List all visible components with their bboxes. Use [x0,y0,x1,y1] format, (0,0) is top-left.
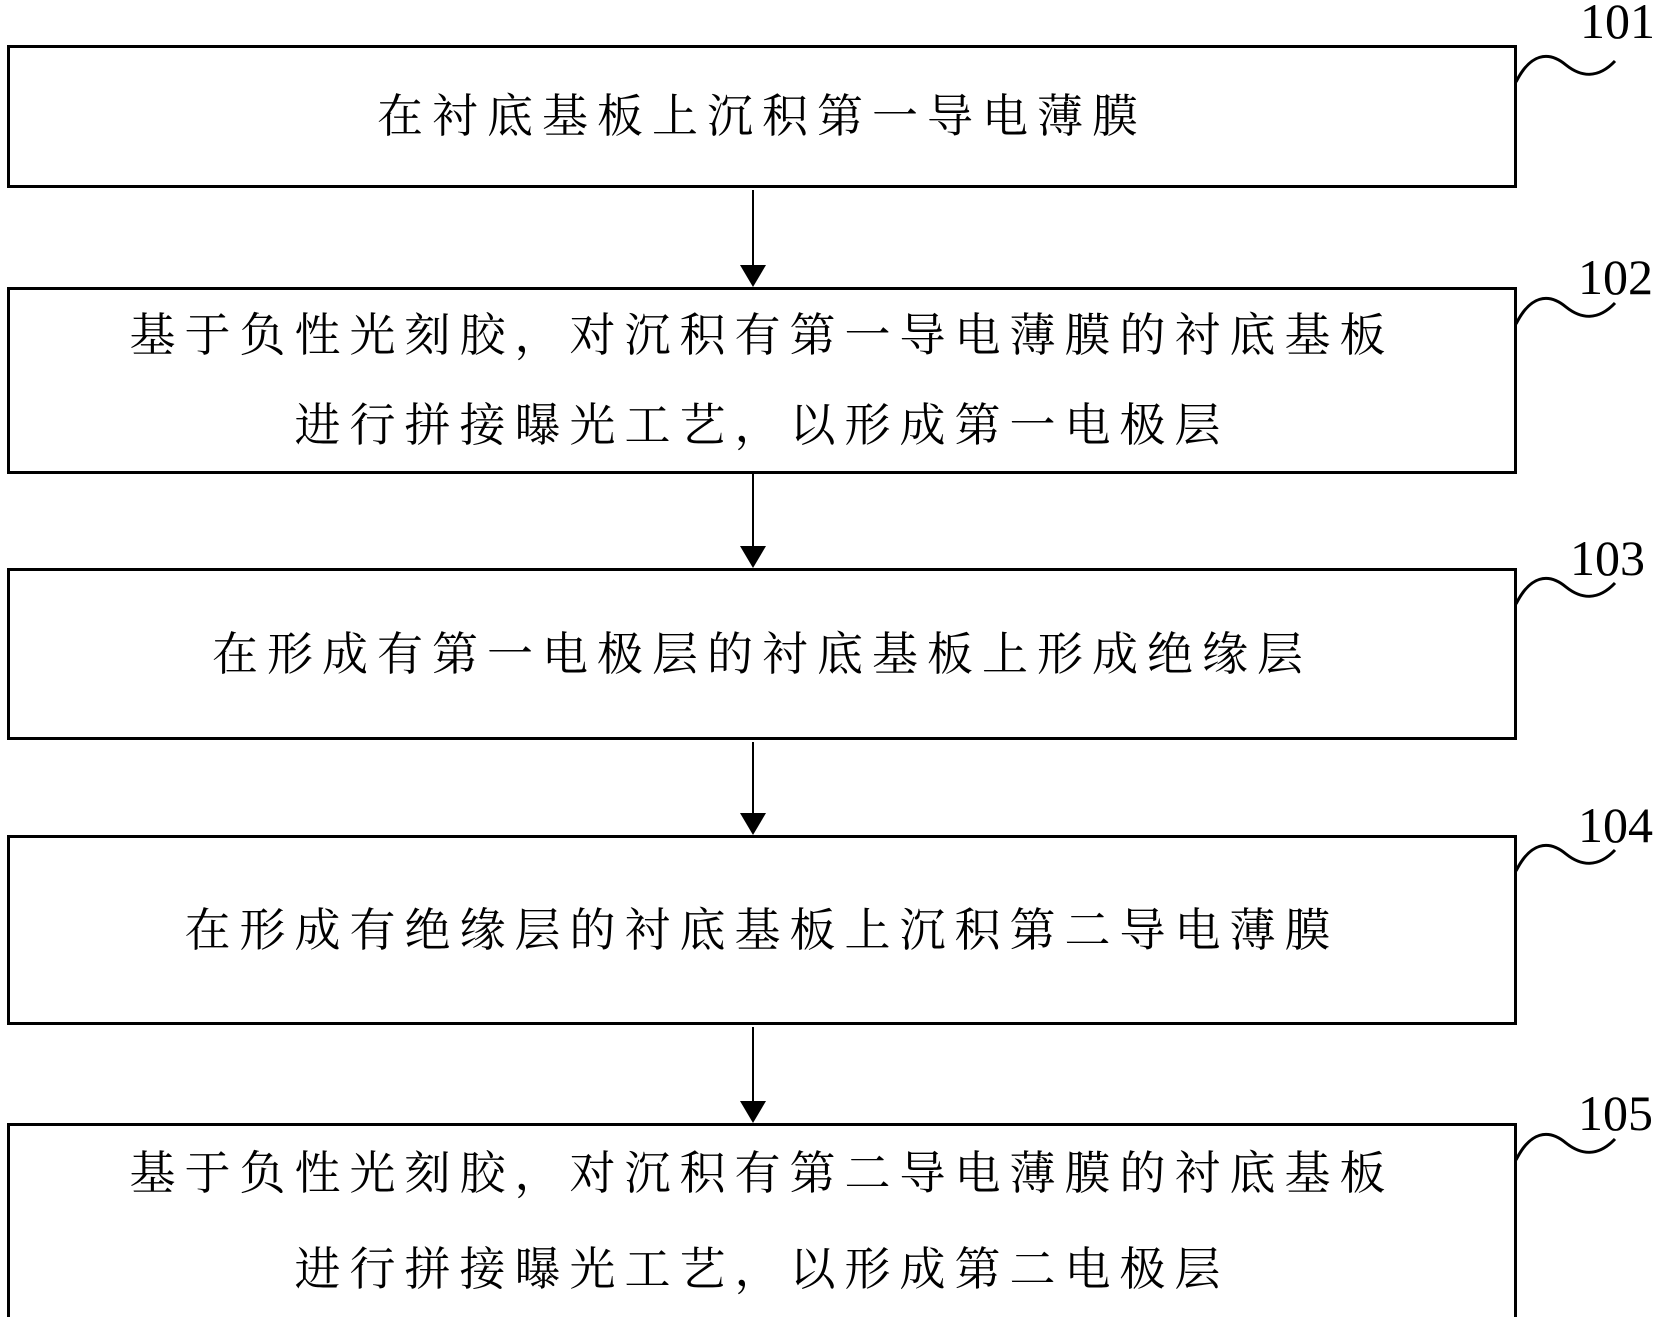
patent-flowchart-figure: 在衬底基板上沉积第一导电薄膜 101 基于负性光刻胶，对沉积有第一导电薄膜的衬底… [0,0,1655,1317]
flow-arrow-down-1 [740,190,766,287]
process-step-box-101: 在衬底基板上沉积第一导电薄膜 [7,45,1517,188]
arrow-shaft [752,474,754,548]
step-102-text-line-1: 基于负性光刻胶，对沉积有第一导电薄膜的衬底基板 [130,310,1395,361]
flow-arrow-down-2 [740,474,766,568]
reference-number-105: 105 [1578,1088,1653,1138]
flow-arrow-down-4 [740,1027,766,1123]
arrow-shaft [752,742,754,815]
arrow-head-icon [740,265,766,287]
arrow-head-icon [740,546,766,568]
process-step-box-102: 基于负性光刻胶，对沉积有第一导电薄膜的衬底基板 进行拼接曝光工艺，以形成第一电极… [7,287,1517,474]
arrow-shaft [752,1027,754,1103]
step-103-text: 在形成有第一电极层的衬底基板上形成绝缘层 [212,629,1312,680]
arrow-shaft [752,190,754,267]
flow-arrow-down-3 [740,742,766,835]
process-step-box-105: 基于负性光刻胶，对沉积有第二导电薄膜的衬底基板 进行拼接曝光工艺，以形成第二电极… [7,1123,1517,1317]
reference-number-101: 101 [1580,0,1655,46]
process-step-box-104: 在形成有绝缘层的衬底基板上沉积第二导电薄膜 [7,835,1517,1025]
step-101-text: 在衬底基板上沉积第一导电薄膜 [377,91,1147,142]
arrow-head-icon [740,813,766,835]
step-102-text-line-2: 进行拼接曝光工艺，以形成第一电极层 [295,400,1230,451]
step-104-text: 在形成有绝缘层的衬底基板上沉积第二导电薄膜 [185,905,1340,956]
reference-connector-squiggle-101 [1514,48,1618,92]
reference-number-102: 102 [1578,252,1653,302]
step-105-text-line-1: 基于负性光刻胶，对沉积有第二导电薄膜的衬底基板 [130,1148,1395,1199]
reference-number-103: 103 [1570,533,1645,583]
step-105-text-line-2: 进行拼接曝光工艺，以形成第二电极层 [295,1244,1230,1295]
process-step-box-103: 在形成有第一电极层的衬底基板上形成绝缘层 [7,568,1517,740]
arrow-head-icon [740,1101,766,1123]
reference-number-104: 104 [1578,800,1653,850]
